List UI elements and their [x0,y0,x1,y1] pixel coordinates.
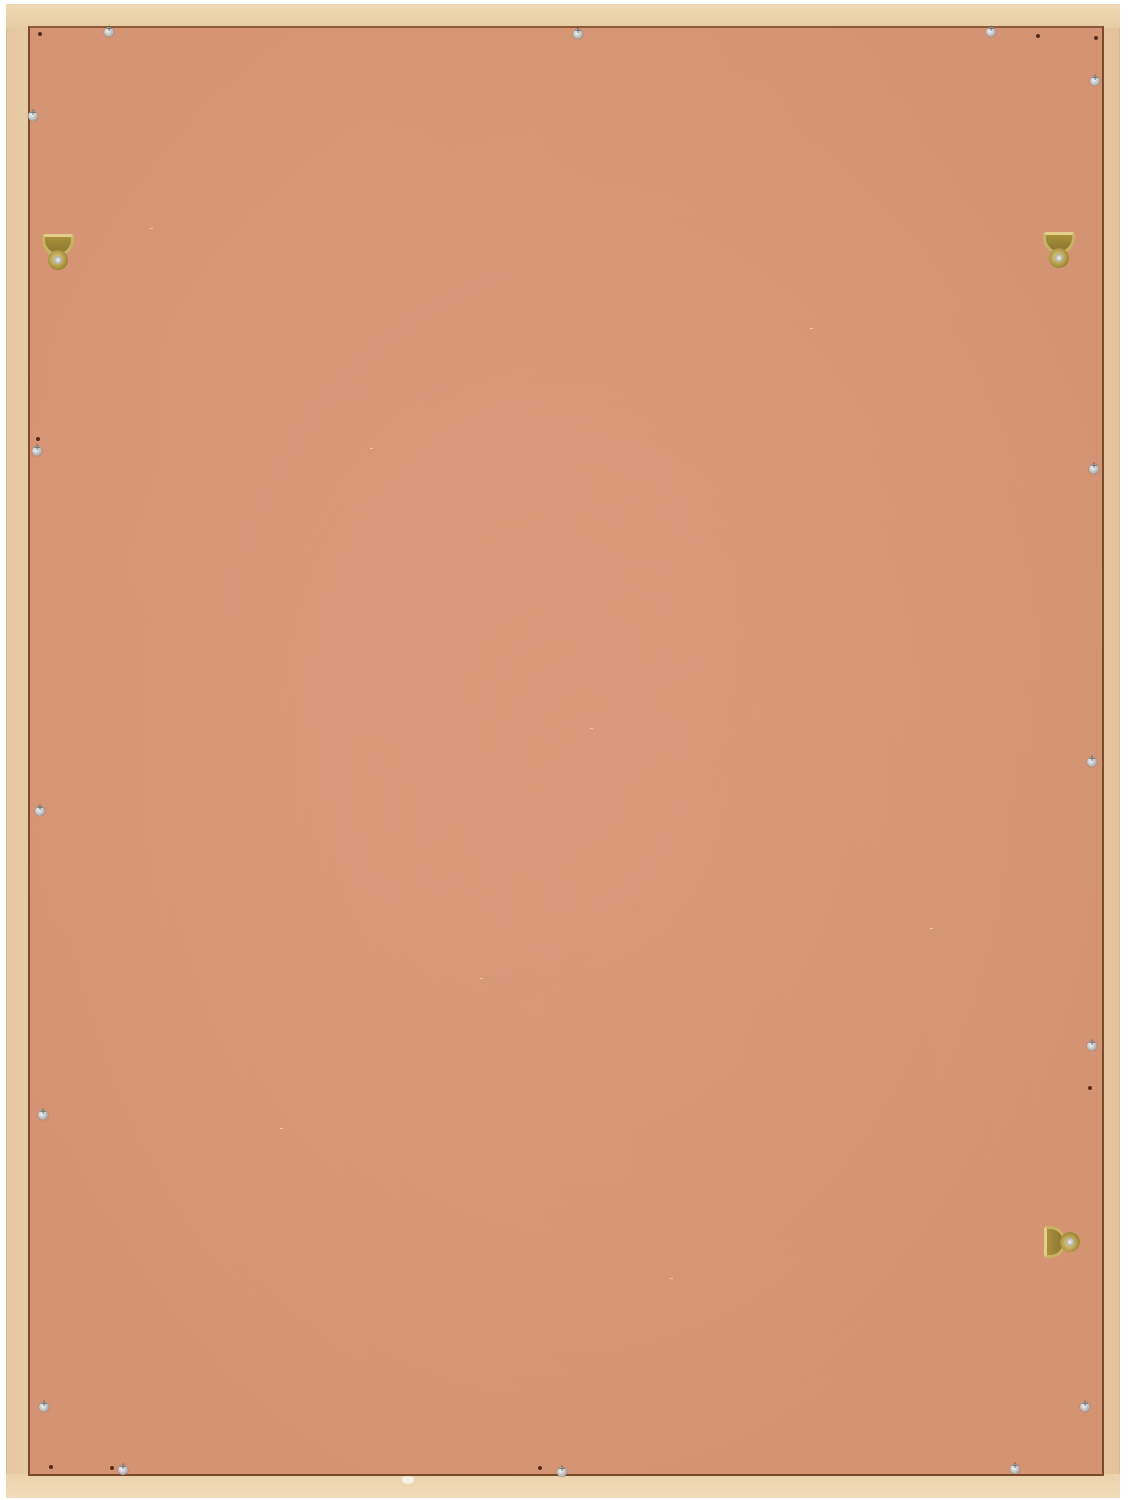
screw-icon [986,27,996,37]
fiber-speck [590,728,593,729]
nail-hole [38,32,42,36]
d-ring-hanger-bottom-right [1044,1226,1084,1258]
fiber-speck [150,228,153,229]
nail-hole [49,1465,53,1469]
fiber-speck [810,328,813,329]
screw-icon [1080,1402,1090,1412]
screw-icon [573,29,583,39]
screw-icon [1087,757,1097,767]
hanger-plate [1049,248,1069,268]
screw-icon [118,1465,128,1475]
screw-icon [1089,464,1099,474]
screw-icon [28,111,38,121]
nail-hole [538,1466,542,1470]
d-ring-hanger-top-left [42,234,74,274]
nail-hole [36,437,40,441]
screw-icon [1090,76,1100,86]
wood-chip [402,1476,414,1484]
screw-icon [557,1467,567,1477]
screw-icon [32,446,42,456]
frame-top-rail [6,4,1120,28]
hanger-plate [48,250,68,270]
screw-icon [1087,1041,1097,1051]
screw-icon [35,806,45,816]
fiber-speck [280,1128,283,1129]
nail-hole [110,1466,114,1470]
nail-hole [1094,36,1098,40]
screw-icon [104,27,114,37]
screw-icon [1010,1464,1020,1474]
fiber-speck [670,1278,673,1279]
backing-board [28,26,1104,1476]
d-ring-hanger-top-right [1043,232,1075,272]
fiber-speck [480,978,483,979]
frame-bottom-rail [6,1474,1120,1498]
fiber-speck [930,928,933,929]
fiber-speck [370,448,373,449]
screw-icon [39,1402,49,1412]
nail-hole [1036,34,1040,38]
screw-icon [38,1110,48,1120]
nail-hole [1088,1086,1092,1090]
hanger-plate [1060,1232,1080,1252]
